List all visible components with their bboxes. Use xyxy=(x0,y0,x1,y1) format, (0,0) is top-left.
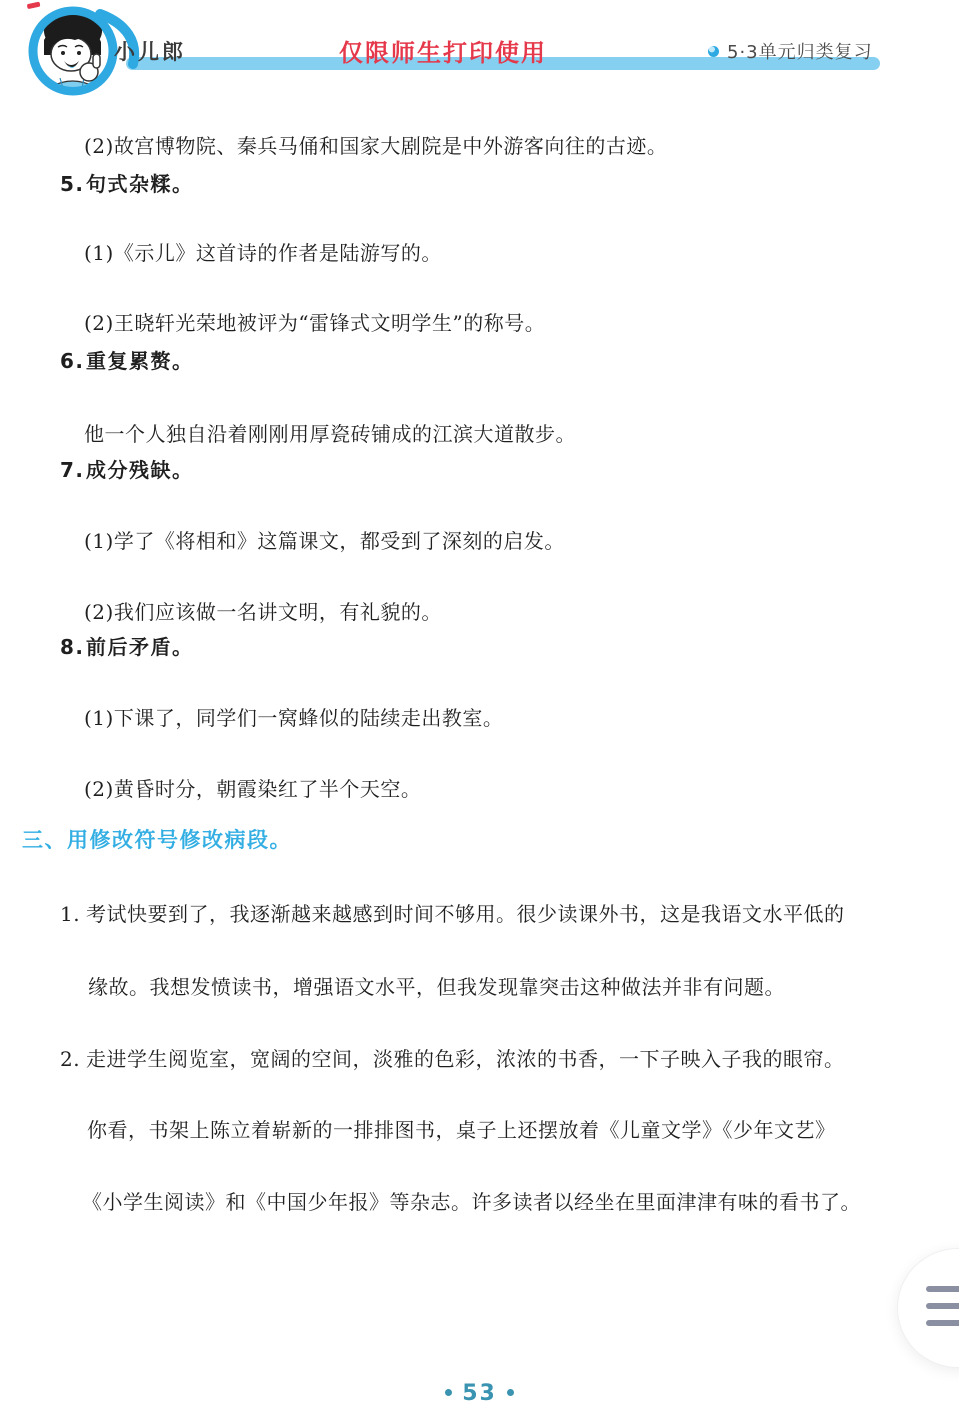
page-dot-icon xyxy=(507,1389,514,1396)
exercise-line: (1)下课了，同学们一窝蜂似的陆续走出教室。 xyxy=(84,705,503,731)
exercise-line: (2)王晓轩光荣地被评为“雷锋式文明学生”的称号。 xyxy=(84,310,545,336)
exercise-line: 他一个人独自沿着刚刚用厚瓷砖铺成的江滨大道散步。 xyxy=(84,421,576,447)
exercise-line: 缘故。我想发愤读书，增强语文水平，但我发现靠突击这种做法并非有问题。 xyxy=(88,974,785,1000)
page-header: 小儿郎 仅限师生打印使用 5·3单元归类复习 xyxy=(0,0,959,105)
unit-label: 5·3单元归类复习 xyxy=(727,38,873,64)
exercise-item-5: 5.句式杂糅。 xyxy=(60,171,194,197)
exercise-line: (2)我们应该做一名讲文明，有礼貌的。 xyxy=(84,599,442,625)
exercise-item-7: 7.成分残缺。 xyxy=(60,457,194,483)
exercise-line: 《小学生阅读》和《中国少年报》等杂志。许多读者以经坐在里面津津有味的看书了。 xyxy=(82,1189,861,1215)
exercise-line: 你看，书架上陈立着崭新的一排排图书，桌子上还摆放着《儿童文学》《少年文艺》 xyxy=(87,1117,836,1143)
exercise-line: (2)黄昏时分，朝霞染红了半个天空。 xyxy=(84,776,421,802)
unit-dot-icon xyxy=(708,46,719,57)
exercise-line: (1)《示儿》这首诗的作者是陆游写的。 xyxy=(84,240,442,266)
exercise-line: (2)故宫博物院、秦兵马俑和国家大剧院是中外游客向往的古迹。 xyxy=(84,133,667,159)
brand-name: 小儿郎 xyxy=(114,36,186,66)
hamburger-icon xyxy=(926,1286,959,1326)
page-number: 53 xyxy=(0,1381,959,1406)
page-dot-icon xyxy=(445,1389,452,1396)
worksheet-page: 小儿郎 仅限师生打印使用 5·3单元归类复习 (2)故宫博物院、秦兵马俑和国家大… xyxy=(0,0,959,1421)
section-heading-3: 三、用修改符号修改病段。 xyxy=(22,827,292,853)
print-notice: 仅限师生打印使用 xyxy=(339,33,547,68)
menu-button[interactable] xyxy=(897,1248,959,1368)
exercise-item-8: 8.前后矛盾。 xyxy=(60,634,194,660)
page-number-value: 53 xyxy=(462,1381,497,1406)
exercise-paragraph-2: 2.走进学生阅览室，宽阔的空间，淡雅的色彩，浓浓的书香，一下子映入子我的眼帘。 xyxy=(60,1046,845,1072)
exercise-item-6: 6.重复累赘。 xyxy=(60,348,194,374)
unit-title: 5·3单元归类复习 xyxy=(708,38,873,64)
exercise-line: (1)学了《将相和》这篇课文，都受到了深刻的启发。 xyxy=(84,528,565,554)
exercise-paragraph-1: 1.考试快要到了，我逐渐越来越感到时间不够用。很少读课外书，这是我语文水平低的 xyxy=(60,901,845,927)
